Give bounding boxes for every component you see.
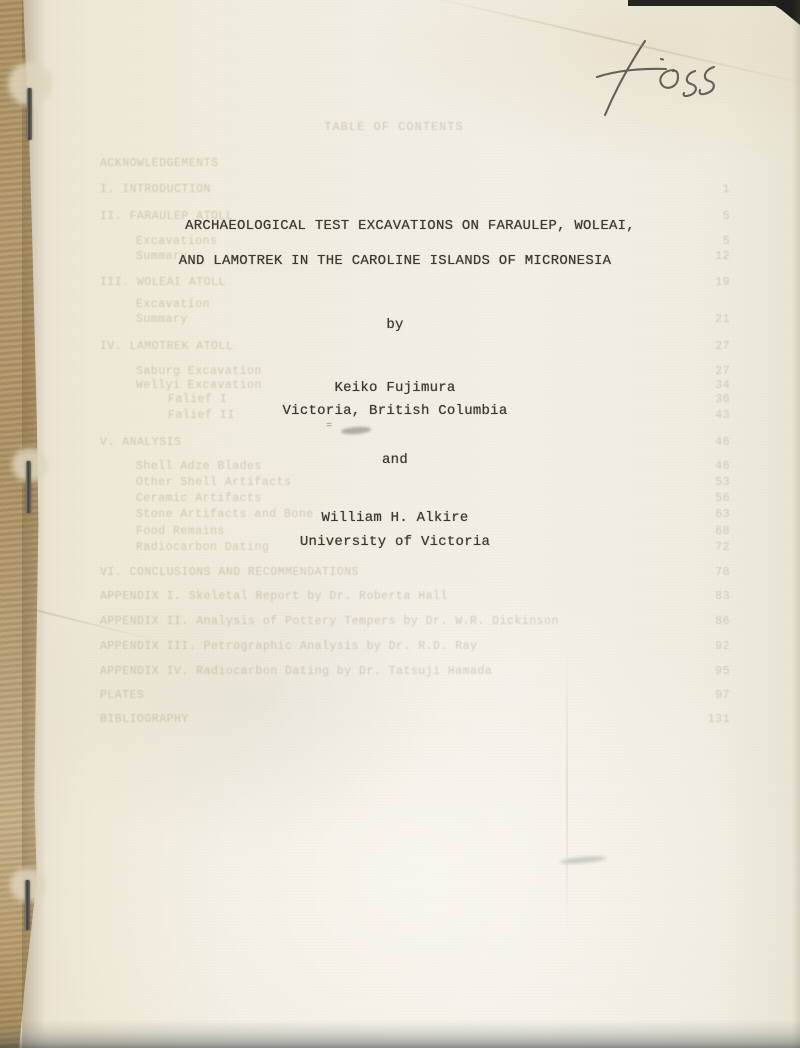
ghost-toc-row: Excavations5: [0, 235, 800, 249]
ghost-toc-label: APPENDIX IV. Radiocarbon Dating by Dr. T…: [100, 665, 492, 678]
ghost-toc-label: Other Shell Artifacts: [136, 476, 291, 489]
ghost-toc-row: Other Shell Artifacts53: [0, 476, 800, 490]
author1-affiliation: Victoria, British Columbia: [0, 403, 795, 419]
ghost-toc-row: APPENDIX IV. Radiocarbon Dating by Dr. T…: [0, 665, 800, 679]
ghost-toc-page-number: 95: [715, 665, 730, 678]
conjunction-and: and: [0, 452, 795, 468]
ghost-toc-page-number: 46: [715, 436, 730, 449]
ghost-toc-label: VI. CONCLUSIONS AND RECOMMENDATIONS: [100, 566, 359, 579]
ghost-toc-label: I. INTRODUCTION: [100, 183, 211, 196]
ghost-toc-label: APPENDIX II. Analysis of Pottery Tempers…: [100, 615, 559, 628]
report-title-line1: ARCHAEOLOGICAL TEST EXCAVATIONS ON FARAU…: [10, 218, 800, 234]
ghost-toc-page-number: 131: [708, 713, 730, 726]
ghost-toc-page-number: 53: [715, 476, 730, 489]
smudge-mark: =: [326, 421, 332, 432]
ghost-toc-page-number: 86: [715, 615, 730, 628]
staple-bottom: [25, 880, 30, 930]
ghost-toc-label: III. WOLEAI ATOLL: [100, 276, 226, 289]
ghost-toc-label: ACKNOWLEDGEMENTS: [100, 157, 218, 170]
ghost-toc-page-number: 1: [723, 183, 730, 196]
ghost-toc-row: Ceramic Artifacts56: [0, 492, 800, 506]
author2-affiliation: University of Victoria: [0, 534, 795, 550]
ghost-toc-label: PLATES: [100, 689, 144, 702]
ghost-toc-row: V. ANALYSIS46: [0, 436, 800, 450]
ghost-toc-page-number: 19: [715, 276, 730, 289]
ghost-toc-row: Excavation: [0, 298, 800, 312]
ghost-toc-label: Excavations: [136, 235, 217, 248]
byline: by: [0, 317, 795, 333]
ghost-toc-page-number: 27: [715, 365, 730, 378]
author2-name: William H. Alkire: [0, 510, 795, 526]
ghost-toc-row: APPENDIX III. Petrographic Analysis by D…: [0, 640, 800, 654]
ghost-toc-row: PLATES97: [0, 689, 800, 703]
ghost-toc-page-number: 97: [715, 689, 730, 702]
ghost-toc-row: IV. LAMOTREK ATOLL27: [0, 340, 800, 354]
ghost-toc-label: BIBLIOGRAPHY: [100, 713, 189, 726]
handwritten-note-foss: [545, 30, 780, 135]
ghost-toc-label: APPENDIX III. Petrographic Analysis by D…: [100, 640, 477, 653]
ghost-toc-row: ACKNOWLEDGEMENTS: [0, 157, 800, 171]
ghost-toc-row: III. WOLEAI ATOLL19: [0, 276, 800, 290]
ghost-toc-row: APPENDIX I. Skeletal Report by Dr. Rober…: [0, 590, 800, 604]
ghost-toc-label: IV. LAMOTREK ATOLL: [100, 340, 233, 353]
staple-top: [27, 88, 32, 140]
ghost-toc-page-number: 78: [715, 566, 730, 579]
staple-middle: [26, 461, 31, 513]
ghost-toc-page-number: 27: [715, 340, 730, 353]
ghost-toc-row: I. INTRODUCTION1: [0, 183, 800, 197]
ghost-toc-label: APPENDIX I. Skeletal Report by Dr. Rober…: [100, 590, 448, 603]
ghost-toc-row: VI. CONCLUSIONS AND RECOMMENDATIONS78: [0, 566, 800, 580]
ghost-toc-label: Excavation: [136, 298, 210, 311]
ghost-toc-row: BIBLIOGRAPHY131: [0, 713, 800, 727]
ghost-toc-page-number: 92: [715, 640, 730, 653]
ghost-toc-row: APPENDIX II. Analysis of Pottery Tempers…: [0, 615, 800, 629]
ghost-toc-page-number: 83: [715, 590, 730, 603]
ghost-toc-row: Saburg Excavation27: [0, 365, 800, 379]
ghost-toc-label: Ceramic Artifacts: [136, 492, 262, 505]
ghost-toc-page-number: 56: [715, 492, 730, 505]
ghost-toc-page-number: 5: [723, 235, 730, 248]
scanned-report-cover: TABLE OF CONTENTS ACKNOWLEDGEMENTSI. INT…: [0, 0, 800, 1048]
report-title-line2: AND LAMOTREK IN THE CAROLINE ISLANDS OF …: [0, 253, 795, 269]
author1-name: Keiko Fujimura: [0, 380, 795, 396]
ghost-toc-label: Saburg Excavation: [136, 365, 262, 378]
ghost-toc-label: V. ANALYSIS: [100, 436, 181, 449]
